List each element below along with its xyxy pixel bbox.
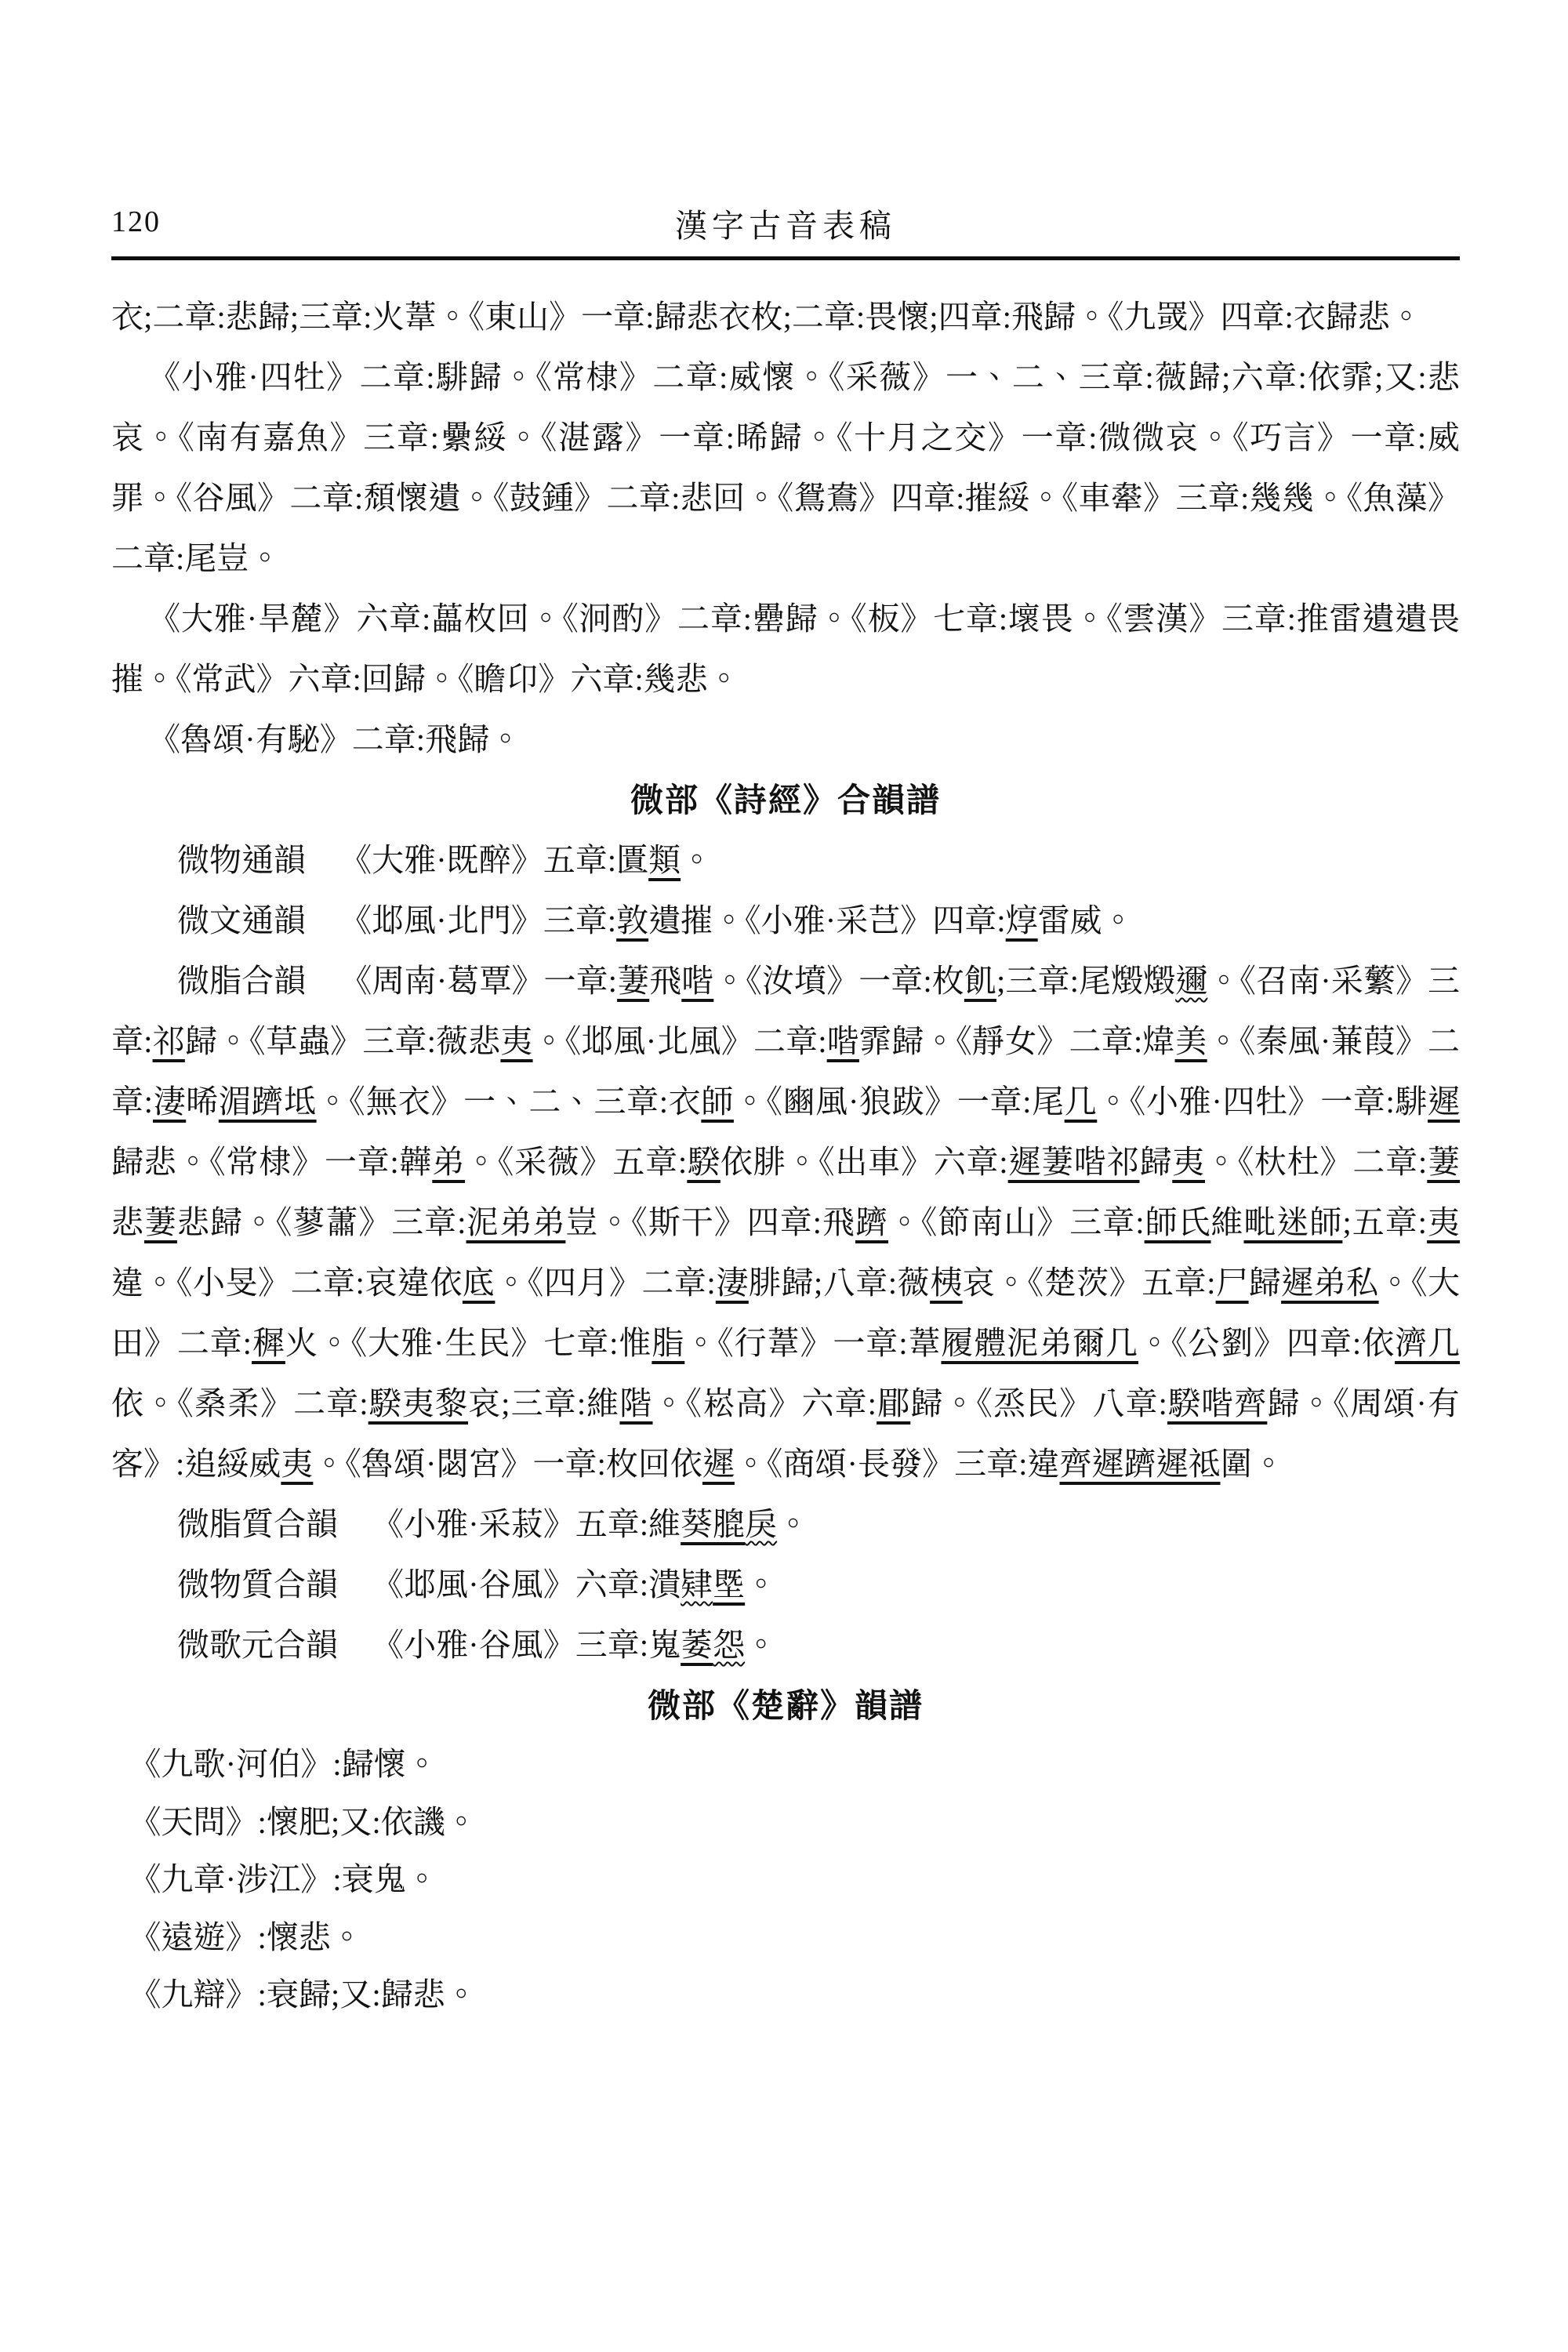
rhyme-char-underlined: 夷 bbox=[1427, 1204, 1460, 1240]
page-header: 120 漢字古音表稿 bbox=[111, 200, 1460, 244]
text-run: ;三章:尾燬燬 bbox=[996, 963, 1175, 999]
chuci-entry-line: 《九辯》:衰歸;又:歸悲。 bbox=[111, 1966, 1460, 2024]
text-run: 維 bbox=[1211, 1204, 1244, 1240]
chuci-entry-line: 《九歌·河伯》:歸懷。 bbox=[111, 1736, 1460, 1794]
text-paragraph: 微物通韻《大雅·既醉》五章:匱類。 bbox=[111, 830, 1460, 891]
rhyme-char-underlined: 夷 bbox=[500, 1023, 532, 1059]
text-run: 雷威。 bbox=[1038, 902, 1134, 938]
text-run: 。《邶風·北風》二章: bbox=[533, 1023, 827, 1059]
text-run: 。《杕杜》二章: bbox=[1205, 1144, 1427, 1180]
running-title: 漢字古音表稿 bbox=[111, 200, 1460, 246]
rhyme-char-underlined: 郿 bbox=[877, 1385, 910, 1421]
rhyme-label: 微文通韻 bbox=[177, 902, 306, 938]
text-run: 圍。 bbox=[1220, 1446, 1284, 1482]
rhyme-char-underlined: 底 bbox=[463, 1265, 495, 1301]
text-run: 遺摧。《小雅·采芑》四章: bbox=[648, 902, 1006, 938]
rhyme-char-underlined: 淒 bbox=[716, 1265, 749, 1301]
text-paragraph: 衣;二章:悲歸;三章:火葦。《東山》一章:歸悲衣枚;二章:畏懷;四章:飛歸。《九… bbox=[111, 287, 1460, 347]
section-heading: 微部《楚辭》韻譜 bbox=[111, 1675, 1460, 1736]
text-run: 《邶風·北門》三章: bbox=[339, 902, 616, 938]
rhyme-char-underlined: 萋 bbox=[144, 1204, 177, 1240]
text-run: 《小雅·谷風》三章:嵬 bbox=[372, 1627, 681, 1663]
text-run: 《遠遊》:懷悲。 bbox=[129, 1919, 363, 1955]
text-run: 依。《桑柔》二章: bbox=[111, 1385, 368, 1421]
chuci-entry-line: 《九章·涉江》:衰鬼。 bbox=[111, 1851, 1460, 1909]
text-run: 《大雅·既醉》五章:匱 bbox=[339, 842, 648, 878]
text-run: 飛 bbox=[649, 963, 681, 999]
rhyme-char-underlined: 階 bbox=[619, 1385, 652, 1421]
text-run: 。《魯頌·閟宮》一章:枚回依 bbox=[313, 1446, 702, 1482]
text-run: 。《行葦》一章:葦 bbox=[684, 1325, 941, 1361]
text-run: 歸 bbox=[1139, 1144, 1172, 1180]
scanned-book-page: 120 漢字古音表稿 衣;二章:悲歸;三章:火葦。《東山》一章:歸悲衣枚;二章:… bbox=[0, 0, 1568, 2352]
chuci-entry-line: 《遠遊》:懷悲。 bbox=[111, 1909, 1460, 1967]
rhyme-label: 微脂質合韻 bbox=[177, 1506, 338, 1542]
rhyme-char-underlined: 履體泥弟爾几 bbox=[941, 1325, 1138, 1361]
rhyme-char-underlined: 夷 bbox=[1172, 1144, 1205, 1180]
rhyme-char-underlined: 騤 bbox=[687, 1144, 720, 1180]
rhyme-label: 微脂合韻 bbox=[177, 963, 306, 999]
text-run: 。《商頌·長發》三章:違 bbox=[735, 1446, 1060, 1482]
rhyme-label: 微歌元合韻 bbox=[177, 1627, 338, 1663]
text-run: 。《汝墳》一章:枚 bbox=[713, 963, 964, 999]
text-run: 《魯頌·有駜》二章:飛歸。 bbox=[148, 721, 521, 757]
text-run: 《小雅·采菽》五章:維 bbox=[372, 1506, 681, 1542]
text-run: 。 bbox=[745, 1627, 777, 1663]
text-run: 悲 bbox=[111, 1204, 144, 1240]
text-run: 。《公劉》四章:依 bbox=[1138, 1325, 1395, 1361]
rhyme-char-underlined: 塈 bbox=[713, 1566, 745, 1602]
text-run: 《大雅·旱麓》六章:藟枚回。《泂酌》二章:罍歸。《板》七章:壞畏。《雲漢》三章:… bbox=[111, 601, 1460, 697]
text-run: 。 bbox=[681, 842, 713, 878]
text-run: 《天問》:懷肥;又:依譏。 bbox=[129, 1804, 477, 1840]
rhyme-char-underlined: 葵膍 bbox=[681, 1506, 745, 1542]
rhyme-label: 微物質合韻 bbox=[177, 1566, 338, 1602]
rhyme-char-underlined: 尸 bbox=[1216, 1265, 1249, 1301]
rhyme-char-underlined: 騤夷黎 bbox=[368, 1385, 468, 1421]
section-heading: 微部《詩經》合韻譜 bbox=[111, 770, 1460, 830]
text-run: 腓歸;八章:薇 bbox=[749, 1265, 930, 1301]
rhyme-char-underlined: 肄 bbox=[681, 1566, 713, 1602]
text-run: 霏歸。《靜女》二章:煒 bbox=[859, 1023, 1175, 1059]
text-run: 歸悲。《常棣》一章:韡 bbox=[111, 1144, 432, 1180]
text-run: 《邶風·谷風》六章:潰 bbox=[372, 1566, 681, 1602]
rhyme-char-underlined: 邇 bbox=[1175, 963, 1207, 999]
rhyme-char-underlined: 萋 bbox=[617, 963, 649, 999]
rhyme-char-underlined: 師 bbox=[701, 1083, 734, 1120]
text-run: 衣;二章:悲歸;三章:火葦。《東山》一章:歸悲衣枚;二章:畏懷;四章:飛歸。《九… bbox=[111, 299, 1422, 335]
rhyme-char-underlined: 夷 bbox=[281, 1446, 313, 1482]
text-run: 。《采薇》五章: bbox=[465, 1144, 687, 1180]
rhyme-char-underlined: 毗迷師 bbox=[1243, 1204, 1342, 1240]
page-content: 衣;二章:悲歸;三章:火葦。《東山》一章:歸悲衣枚;二章:畏懷;四章:飛歸。《九… bbox=[111, 287, 1460, 2024]
rhyme-char-underlined: 几 bbox=[1065, 1083, 1098, 1120]
text-run: 。《崧高》六章: bbox=[653, 1385, 877, 1421]
text-run: 《九歌·河伯》:歸懷。 bbox=[129, 1746, 438, 1782]
rhyme-char-underlined: 美 bbox=[1175, 1023, 1207, 1059]
text-paragraph: 《大雅·旱麓》六章:藟枚回。《泂酌》二章:罍歸。《板》七章:壞畏。《雲漢》三章:… bbox=[111, 589, 1460, 710]
rhyme-char-underlined: 萎 bbox=[681, 1627, 713, 1663]
text-run: 《周南·葛覃》一章: bbox=[339, 963, 617, 999]
rhyme-char-underlined: 遲萋喈祁 bbox=[1008, 1144, 1140, 1180]
text-run: 哀;三章:維 bbox=[468, 1385, 619, 1421]
text-paragraph: 微歌元合韻《小雅·谷風》三章:嵬萎怨。 bbox=[111, 1615, 1460, 1675]
rhyme-char-underlined: 師氏 bbox=[1145, 1204, 1211, 1240]
header-rule bbox=[111, 256, 1460, 260]
rhyme-char-underlined: 躋 bbox=[855, 1204, 888, 1240]
text-run: 。 bbox=[777, 1506, 809, 1542]
rhyme-char-underlined: 淒 bbox=[153, 1083, 186, 1120]
rhyme-char-underlined: 喈 bbox=[827, 1023, 859, 1059]
text-run: ;五章: bbox=[1342, 1204, 1427, 1240]
rhyme-char-underlined: 桋 bbox=[930, 1265, 963, 1301]
text-paragraph: 微文通韻《邶風·北門》三章:敦遺摧。《小雅·采芑》四章:焞雷威。 bbox=[111, 891, 1460, 951]
rhyme-char-underlined: 湄躋坻 bbox=[219, 1083, 317, 1120]
rhyme-char-underlined: 遲 bbox=[702, 1446, 735, 1482]
rhyme-char-underlined: 遲弟私 bbox=[1281, 1265, 1379, 1301]
rhyme-char-underlined: 穉 bbox=[252, 1325, 285, 1361]
rhyme-char-underlined: 萋 bbox=[1427, 1144, 1460, 1180]
text-paragraph: 微脂質合韻《小雅·采菽》五章:維葵膍戾。 bbox=[111, 1494, 1460, 1555]
rhyme-char-underlined: 飢 bbox=[964, 963, 996, 999]
text-paragraph: 《小雅·四牡》二章:騑歸。《常棣》二章:威懷。《采薇》一、二、三章:薇歸;六章:… bbox=[111, 347, 1460, 589]
rhyme-char-underlined: 祁 bbox=[153, 1023, 185, 1059]
text-run: 歸。《草蟲》三章:薇悲 bbox=[185, 1023, 501, 1059]
text-run: 。《小雅·四牡》一章:騑 bbox=[1097, 1083, 1428, 1120]
text-run: 豈。《斯干》四章:飛 bbox=[565, 1204, 855, 1240]
text-run: 悲歸。《蓼蕭》三章: bbox=[177, 1204, 466, 1240]
text-paragraph: 《魯頌·有駜》二章:飛歸。 bbox=[111, 710, 1460, 770]
rhyme-char-underlined: 類 bbox=[648, 842, 681, 878]
text-run: 歸。《烝民》八章: bbox=[910, 1385, 1167, 1421]
chuci-entry-line: 《天問》:懷肥;又:依譏。 bbox=[111, 1794, 1460, 1852]
text-run: 。《無衣》一、二、三章:衣 bbox=[317, 1083, 702, 1120]
text-run: 。 bbox=[745, 1566, 777, 1602]
rhyme-char-underlined: 騤喈齊 bbox=[1167, 1385, 1267, 1421]
text-run: 《九章·涉江》:衰鬼。 bbox=[129, 1861, 438, 1897]
text-run: 《小雅·四牡》二章:騑歸。《常棣》二章:威懷。《采薇》一、二、三章:薇歸;六章:… bbox=[111, 359, 1460, 576]
text-run: 歸 bbox=[1249, 1265, 1282, 1301]
rhyme-char-underlined: 弟 bbox=[432, 1144, 465, 1180]
text-run: 。《節南山》三章: bbox=[888, 1204, 1145, 1240]
rhyme-char-underlined: 焞 bbox=[1006, 902, 1038, 938]
rhyme-char-underlined: 遲 bbox=[1428, 1083, 1460, 1120]
rhyme-char-underlined: 喈 bbox=[681, 963, 713, 999]
text-run: 違。《小旻》二章:哀違依 bbox=[111, 1265, 463, 1301]
rhyme-char-underlined: 泥弟弟 bbox=[466, 1204, 566, 1240]
rhyme-char-underlined: 脂 bbox=[652, 1325, 684, 1361]
text-paragraph: 微脂合韻《周南·葛覃》一章:萋飛喈。《汝墳》一章:枚飢;三章:尾燬燬邇。《召南·… bbox=[111, 951, 1460, 1494]
rhyme-char-underlined: 齊遲躋遲祗 bbox=[1059, 1446, 1220, 1482]
rhyme-char-underlined: 敦 bbox=[616, 902, 648, 938]
rhyme-label: 微物通韻 bbox=[177, 842, 306, 878]
text-run: 。《豳風·狼跋》一章:尾 bbox=[734, 1083, 1065, 1120]
text-run: 《九辯》:衰歸;又:歸悲。 bbox=[129, 1976, 477, 2013]
text-paragraph: 微物質合韻《邶風·谷風》六章:潰肄塈。 bbox=[111, 1555, 1460, 1615]
text-run: 晞 bbox=[186, 1083, 219, 1120]
text-run: 。《四月》二章: bbox=[495, 1265, 715, 1301]
text-run: 火。《大雅·生民》七章:惟 bbox=[285, 1325, 652, 1361]
rhyme-char-underlined: 戾 bbox=[745, 1506, 777, 1542]
text-run: 依腓。《出車》六章: bbox=[720, 1144, 1008, 1180]
text-run: 哀。《楚茨》五章: bbox=[963, 1265, 1216, 1301]
rhyme-char-underlined: 怨 bbox=[713, 1627, 745, 1663]
rhyme-char-underlined: 濟几 bbox=[1395, 1325, 1460, 1361]
